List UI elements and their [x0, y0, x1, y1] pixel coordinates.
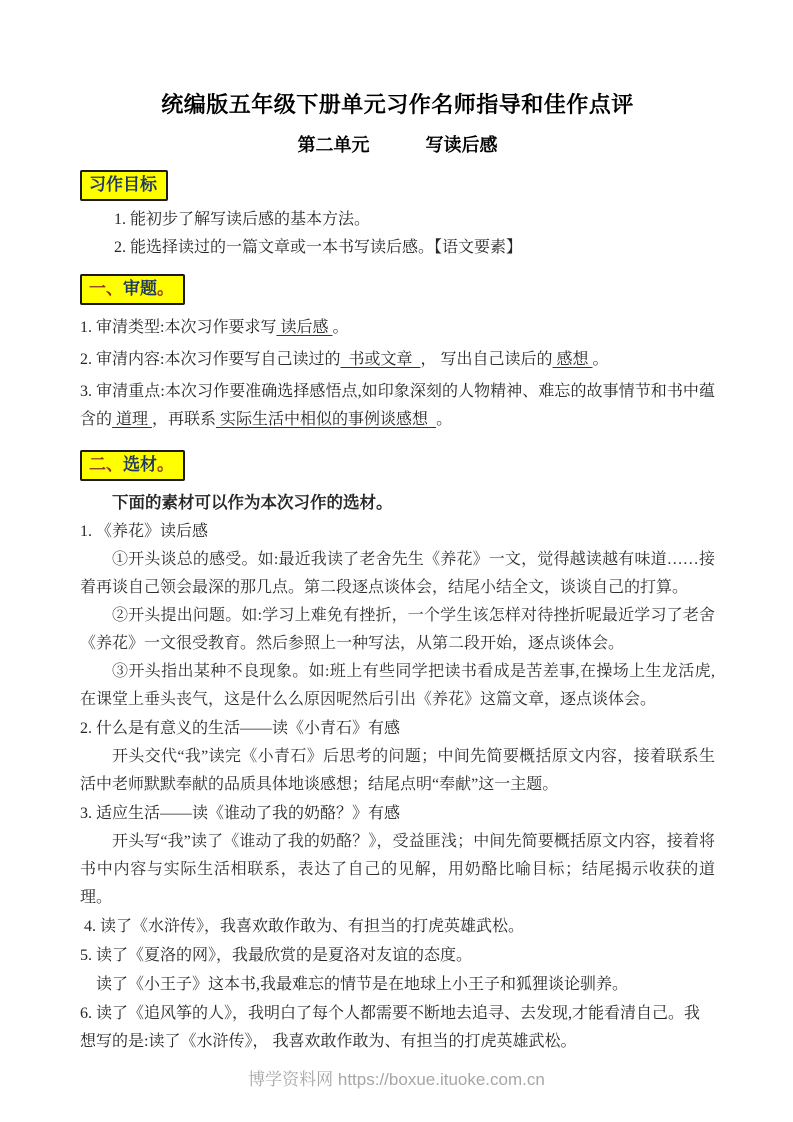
material-item: 6. 读了《追风筝的人》，我明白了每个人都需要不断地去追寻、去发现,才能看清自己…	[80, 1000, 715, 1056]
fill-in-blank: 书或文章	[340, 351, 420, 368]
material-item-title: 2. 什么是有意义的生活——读《小青石》有感	[80, 715, 715, 743]
material-badge-number: 二、	[89, 455, 123, 474]
fill-in-blank: 道理	[112, 411, 152, 428]
review-badge-number: 一、	[89, 279, 123, 298]
unit-subtitle: 第二单元写读后感	[80, 132, 715, 158]
material-badge-period: 。	[157, 455, 174, 474]
material-point: ②开头提出问题。如:学习上难免有挫折，一个学生该怎样对待挫折呢最近学习了老舍《养…	[80, 602, 715, 658]
material-badge-word: 选材	[123, 455, 157, 474]
review-item-text: 。	[593, 351, 609, 368]
fill-in-blank: 实际生活中相似的事例谈感想	[216, 411, 436, 428]
document-page: 统编版五年级下册单元习作名师指导和佳作点评 第二单元写读后感 习作目标 1. 能…	[0, 0, 793, 1122]
review-item-text: 。	[332, 319, 348, 336]
review-item: 3. 审清重点:本次习作要准确选择感悟点,如印象深刻的人物精神、难忘的故事情节和…	[80, 378, 715, 434]
goals-badge: 习作目标	[80, 170, 168, 201]
material-item-title: 1. 《养花》读后感	[80, 518, 715, 546]
material-paragraph: 开头写“我”读了《谁动了我的奶酪？》，受益匪浅；中间先简要概括原文内容，接着将书…	[80, 828, 715, 912]
review-section-badge: 一、审题。	[80, 274, 185, 305]
footer-watermark: 博学资料网 https://boxue.ituoke.com.cn	[0, 1065, 793, 1090]
unit-number: 第二单元	[298, 135, 370, 155]
material-point: ③开头指出某种不良现象。如:班上有些同学把读书看成是苦差事,在操场上生龙活虎,在…	[80, 658, 715, 714]
fill-in-blank: 读后感	[276, 319, 332, 336]
review-item-text: 1. 审清类型:本次习作要求写	[80, 319, 276, 336]
material-intro: 下面的素材可以作为本次习作的选材。	[80, 489, 715, 517]
goal-item: 1. 能初步了解写读后感的基本方法。	[80, 206, 715, 234]
review-badge-period: 。	[157, 279, 174, 298]
review-badge-word: 审题	[123, 279, 157, 298]
material-paragraph: 开头交代“我”读完《小青石》后思考的问题；中间先简要概括原文内容，接着联系生活中…	[80, 743, 715, 799]
goal-item: 2. 能选择读过的一篇文章或一本书写读后感。【语文要素】	[80, 234, 715, 262]
review-item-text: ， 写出自己读后的	[420, 351, 552, 368]
material-item: 读了《小王子》这本书,我最难忘的情节是在地球上小王子和狐狸谈论驯养。	[80, 971, 715, 999]
review-item: 2. 审清内容:本次习作要写自己读过的 书或文章 ， 写出自己读后的 感想 。	[80, 346, 715, 374]
material-item: 5. 读了《夏洛的网》，我最欣赏的是夏洛对友谊的态度。	[80, 942, 715, 970]
fill-in-blank: 感想	[552, 351, 592, 368]
review-item-text: 2. 审清内容:本次习作要写自己读过的	[80, 351, 340, 368]
material-point: ①开头谈总的感受。如:最近我读了老舍先生《养花》一文，觉得越读越有味道……接着再…	[80, 546, 715, 602]
review-item: 1. 审清类型:本次习作要求写 读后感 。	[80, 314, 715, 342]
unit-topic: 写读后感	[426, 135, 498, 155]
material-item-title: 3. 适应生活——读《谁动了我的奶酪？》有感	[80, 800, 715, 828]
review-item-text: 。	[436, 411, 452, 428]
material-section-badge: 二、选材。	[80, 450, 185, 481]
goals-badge-label: 习作目标	[89, 175, 157, 194]
page-title: 统编版五年级下册单元习作名师指导和佳作点评	[80, 90, 715, 120]
material-item: 4. 读了《水浒传》，我喜欢敢作敢为、有担当的打虎英雄武松。	[80, 913, 715, 941]
review-item-text: ，再联系	[152, 411, 216, 428]
